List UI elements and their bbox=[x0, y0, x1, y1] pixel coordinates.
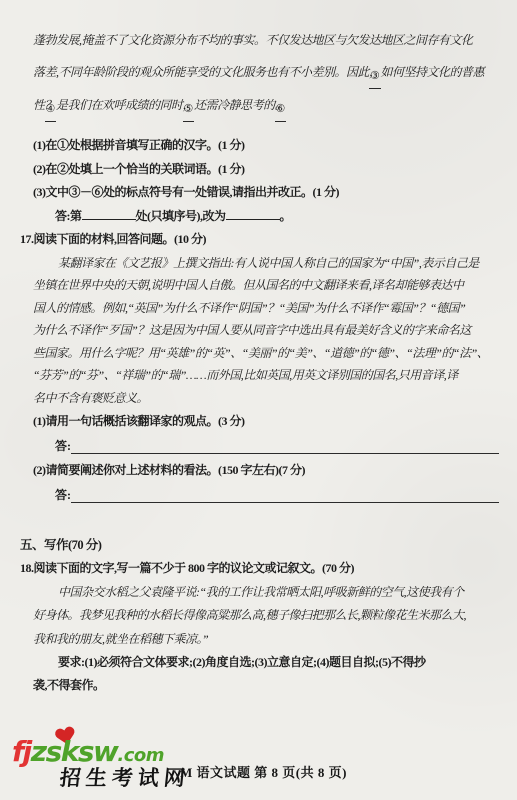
material-line: 我和我的朋友,就坐在稻穗下乘凉。” bbox=[33, 628, 499, 652]
question-17-subitems: (1)请用一句话概括该翻译家的观点。(3 分) 答: (2)请简要阐述你对上述材… bbox=[33, 409, 499, 507]
material-line: 些国家。用什么字呢？用“英雄”的“英”、“美丽”的“美”、“道德”的“德”、“法… bbox=[33, 342, 499, 365]
opening-paragraph: 蓬勃发展,掩盖不了文化资源分布不均的事实。不仅发达地区与欠发达地区之间存有文化 … bbox=[33, 24, 499, 122]
q16-item-3: (3)文中③－⑥处的标点符号有一处错误,请指出并改正。(1 分) bbox=[33, 181, 499, 205]
watermark-footer: fjzsksw.com 招生考试网 M 语文试题 第 8 页(共 8 页) bbox=[0, 722, 517, 800]
marked-punctuation: 。⑥ bbox=[275, 89, 287, 122]
material-line: “芬芳”的“芬”、“祥瑞”的“瑞”……而外国,比如英国,用英文译别国的国名,只用… bbox=[33, 364, 499, 387]
circled-number-3: ③ bbox=[370, 70, 380, 81]
exam-paper-page: 蓬勃发展,掩盖不了文化资源分布不均的事实。不仅发达地区与欠发达地区之间存有文化 … bbox=[0, 0, 517, 800]
question-17-material: 某翻译家在《文艺报》上撰文指出:有人说中国人称自己的国家为“中国”,表示自己是 … bbox=[33, 252, 499, 410]
answer-blank bbox=[82, 207, 136, 220]
q17-sub-2: (2)请简要阐述你对上述材料的看法。(150 字左右)(7 分) bbox=[33, 458, 499, 483]
q17-answer-line-1: 答: bbox=[33, 434, 499, 459]
logo-fj: fj bbox=[12, 735, 31, 768]
question-18-title: 18.阅读下面的文字,写一篇不少于 800 字的议论文或记叙文。(70 分) bbox=[20, 557, 499, 581]
site-name: 招生考试网 bbox=[58, 762, 191, 792]
q17-sub-1: (1)请用一句话概括该翻译家的观点。(3 分) bbox=[33, 409, 499, 434]
q16-item-1: (1)在①处根据拼音填写正确的汉字。(1 分) bbox=[33, 134, 499, 158]
q16-answer-line: 答:第处(只填序号),改为。 bbox=[33, 205, 499, 229]
text-segment: 如何坚持文化的普惠 bbox=[381, 65, 485, 79]
material-line: 好身体。我梦见我种的水稻长得像高粱那么高,穗子像扫把那么长,颗粒像花生米那么大, bbox=[33, 604, 499, 628]
text-segment: 性 bbox=[33, 98, 45, 112]
page-number-label: M 语文试题 第 8 页(共 8 页) bbox=[180, 762, 347, 781]
answer-rule-line bbox=[71, 453, 499, 454]
text-line: 蓬勃发展,掩盖不了文化资源分布不均的事实。不仅发达地区与欠发达地区之间存有文化 bbox=[33, 24, 499, 56]
answer-text: 答:第 bbox=[55, 209, 82, 223]
requirement-line: 袭,不得套作。 bbox=[33, 674, 499, 697]
circled-number-4: ④ bbox=[45, 103, 55, 114]
answer-label: 答: bbox=[55, 434, 71, 459]
material-line: 某翻译家在《文艺报》上撰文指出:有人说中国人称自己的国家为“中国”,表示自己是 bbox=[33, 252, 499, 275]
question-18-material: 中国杂交水稻之父袁隆平说:“我的工作让我常晒太阳,呼吸新鲜的空气,这使我有个 好… bbox=[33, 581, 499, 652]
answer-rule-line bbox=[71, 502, 499, 503]
exam-content: 蓬勃发展,掩盖不了文化资源分布不均的事实。不仅发达地区与欠发达地区之间存有文化 … bbox=[33, 24, 499, 697]
answer-text: 。 bbox=[280, 209, 292, 223]
marked-punctuation: ，⑤ bbox=[183, 89, 195, 122]
question-16-subitems: (1)在①处根据拼音填写正确的汉字。(1 分) (2)在②处填上一个恰当的关联词… bbox=[33, 134, 499, 228]
q17-answer-line-2: 答: bbox=[33, 483, 499, 508]
section-5-heading: 五、写作(70 分) bbox=[20, 533, 499, 557]
material-line: 中国杂交水稻之父袁隆平说:“我的工作让我常晒太阳,呼吸新鲜的空气,这使我有个 bbox=[33, 581, 499, 605]
answer-label: 答: bbox=[55, 483, 71, 508]
circled-number-5: ⑤ bbox=[183, 103, 193, 114]
material-line: 坐镇在世界中央的天朝,说明中国人自傲。但从国名的中文翻译来看,译名却能够表达中 bbox=[33, 274, 499, 297]
text-segment: 落差,不同年龄阶段的观众所能享受的文化服务也有不小差别。因此 bbox=[33, 65, 369, 79]
requirement-line: 要求:(1)必须符合文体要求;(2)角度自选;(3)立意自定;(4)题目自拟;(… bbox=[33, 651, 499, 674]
material-line: 国人的情感。例如,“英国”为什么不译作“阴国”？“美国”为什么不译作“霉国”？“… bbox=[33, 297, 499, 320]
q16-item-2: (2)在②处填上一个恰当的关联词语。(1 分) bbox=[33, 158, 499, 182]
marked-punctuation: ？④ bbox=[45, 89, 57, 122]
text-line: 落差,不同年龄阶段的观众所能享受的文化服务也有不小差别。因此，③如何坚持文化的普… bbox=[33, 56, 499, 89]
question-18-requirements: 要求:(1)必须符合文体要求;(2)角度自选;(3)立意自定;(4)题目自拟;(… bbox=[33, 651, 499, 697]
text-segment: 是我们在欢呼成绩的同时 bbox=[56, 98, 183, 112]
question-17-title: 17.阅读下面的材料,回答问题。(10 分) bbox=[20, 228, 499, 252]
answer-blank bbox=[226, 207, 280, 220]
answer-text: 处(只填序号),改为 bbox=[136, 209, 226, 223]
material-line: 名中不含有褒贬意义。 bbox=[33, 387, 499, 410]
circled-number-6: ⑥ bbox=[275, 103, 285, 114]
marked-punctuation: ，③ bbox=[369, 56, 381, 89]
text-line: 性？④是我们在欢呼成绩的同时，⑤还需冷静思考的。⑥ bbox=[33, 89, 499, 122]
material-line: 为什么不译作“歹国”？这是因为中国人要从同音字中选出具有最美好含义的字来命名这 bbox=[33, 319, 499, 342]
text-segment: 还需冷静思考的 bbox=[194, 98, 275, 112]
